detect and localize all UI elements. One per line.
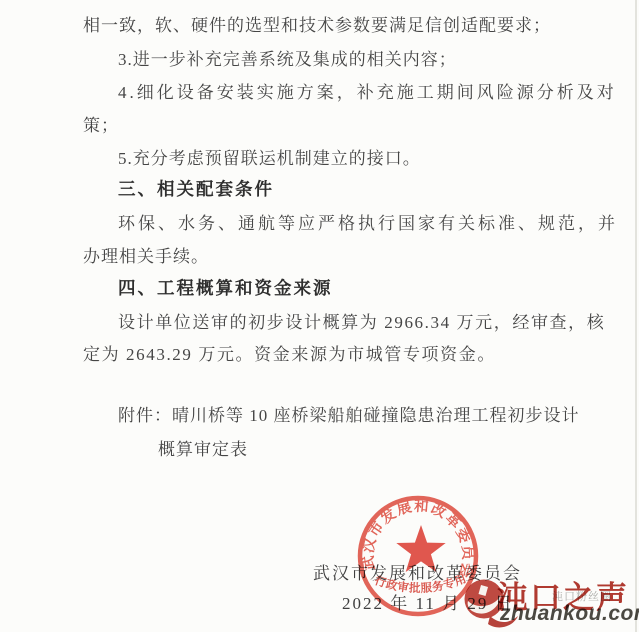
scanned-document-page: 相一致，软、硬件的选型和技术参数要满足信创适配要求； 3.进一步补充完善系统及集…: [0, 0, 639, 632]
scan-edge-line: [635, 0, 637, 632]
watermark-domain-text: zhuankou.com: [500, 602, 639, 626]
doc-line: 设计单位送审的初步设计概算为 2966.34 万元，经审查，核: [118, 308, 605, 333]
doc-line: 3.进一步补充完善系统及集成的相关内容；: [118, 45, 457, 70]
doc-line: 4.细化设备安装实施方案，补充施工期间风险源分析及对: [118, 78, 617, 103]
section-heading: 三、相关配套条件: [118, 176, 274, 201]
doc-line: 相一致，软、硬件的选型和技术参数要满足信创适配要求；: [83, 11, 551, 36]
doc-line: 定为 2643.29 万元。资金来源为市城管专项资金。: [83, 340, 496, 365]
seal-star-icon: [396, 525, 445, 572]
doc-line: 5.充分考虑预留联运机制建立的接口。: [118, 144, 421, 169]
attachment-line: 附件：晴川桥等 10 座桥梁船舶碰撞隐患治理工程初步设计: [118, 401, 580, 426]
section-heading: 四、工程概算和资金来源: [118, 275, 333, 300]
attachment-line: 概算审定表: [158, 435, 248, 460]
doc-line: 策；: [83, 111, 119, 136]
doc-line: 环保、水务、通航等应严格执行国家有关标准、规范，并: [118, 209, 618, 234]
doc-line: 办理相关手续。: [83, 242, 209, 267]
